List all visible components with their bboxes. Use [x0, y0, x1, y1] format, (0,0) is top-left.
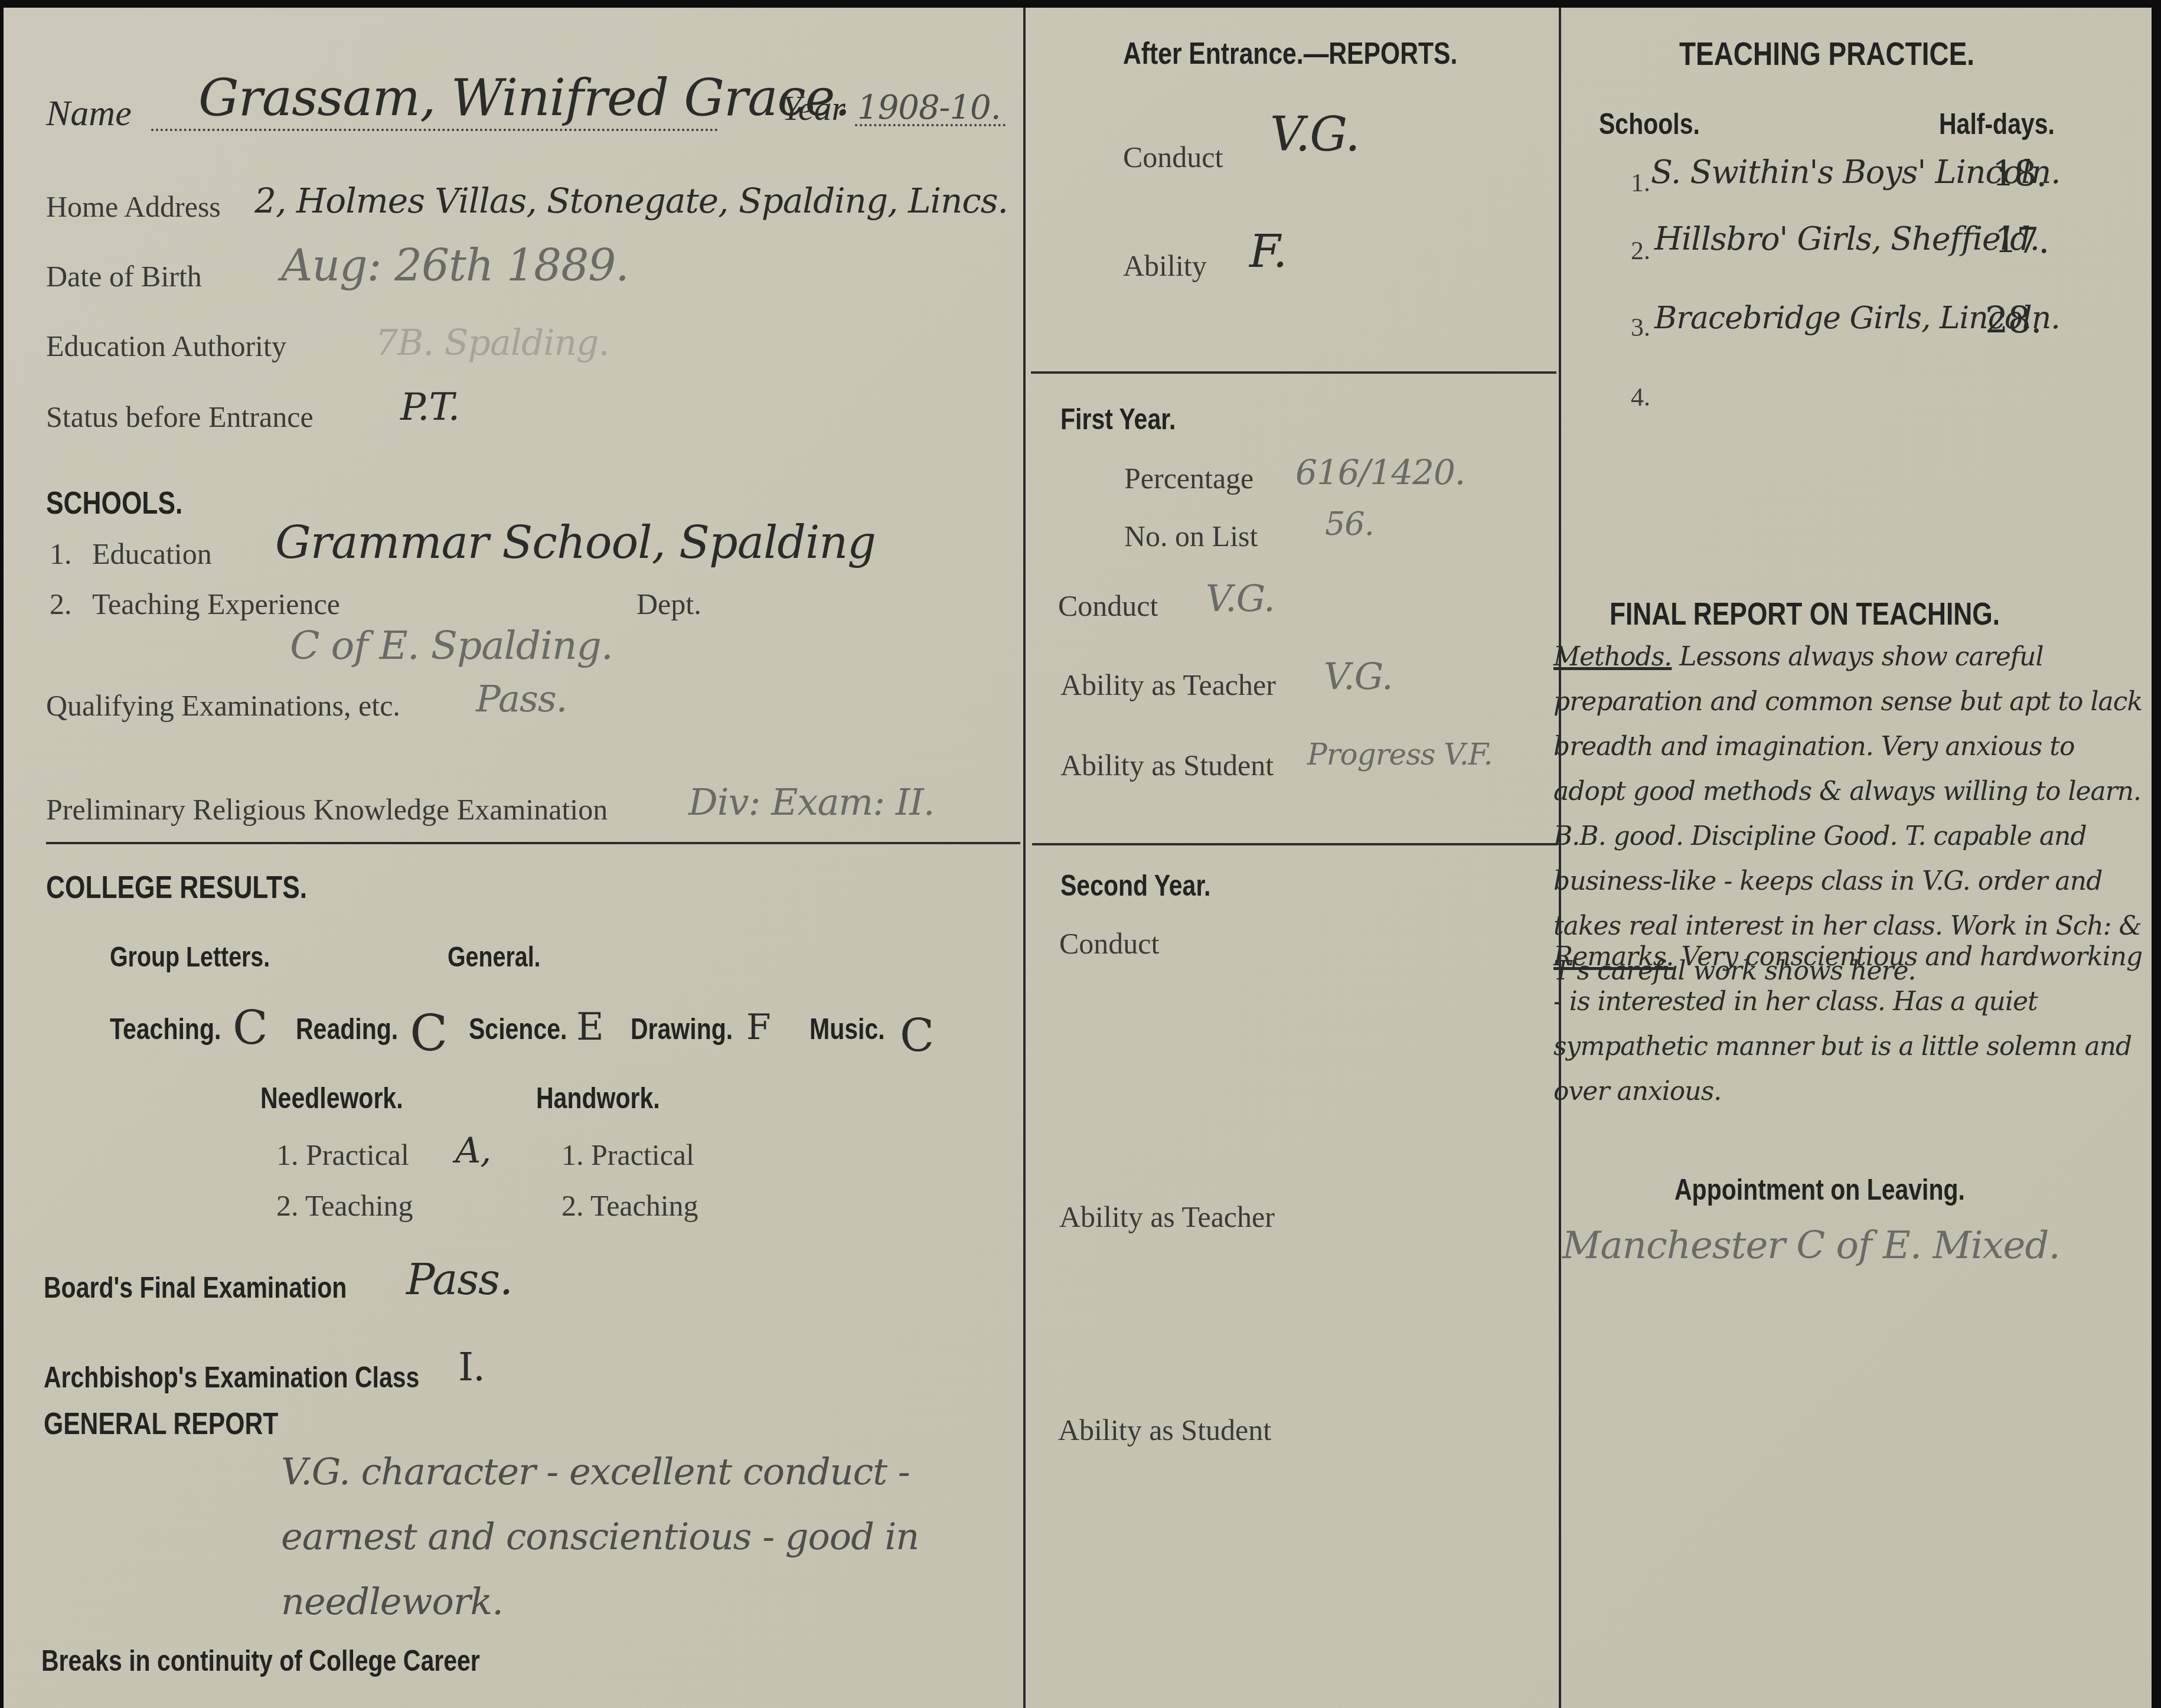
subject-label-reading: Reading. — [296, 1014, 398, 1044]
teaching-practice-heading: TEACHING PRACTICE. — [1679, 37, 1974, 70]
after-entrance-ability-label: Ability — [1123, 251, 1207, 280]
college-results-heading: COLLEGE RESULTS. — [46, 871, 307, 903]
tp-schools-header: Schools. — [1599, 109, 1700, 139]
subject-grade-science[interactable]: E — [576, 1008, 603, 1046]
second-year-ability-student-label: Ability as Student — [1058, 1415, 1271, 1445]
boards-final-label: Board's Final Examination — [44, 1273, 347, 1302]
subject-grade-music[interactable]: C — [900, 1013, 933, 1058]
student-record-card: Name Grassam, Winifred Grace. Year 1908-… — [4, 8, 2152, 1708]
general-report-value[interactable]: V.G. character - excellent conduct - ear… — [281, 1439, 990, 1634]
archbishop-exam-label: Archbishop's Examination Class — [44, 1363, 419, 1392]
tp-entry-halfdays[interactable]: 28. — [1985, 302, 2042, 338]
qualifying-value[interactable]: Pass. — [476, 681, 567, 717]
handwork-teaching-label: 2. Teaching — [562, 1191, 698, 1220]
remarks-label: Remarks. — [1553, 942, 1673, 972]
subject-label-teaching: Teaching. — [110, 1014, 221, 1044]
methods-label: Methods. — [1553, 642, 1672, 672]
education-authority-label: Education Authority — [46, 331, 286, 361]
year-value[interactable]: 1908-10. — [857, 92, 1001, 125]
education-num: 1. — [50, 539, 72, 569]
no-on-list-label: No. on List — [1124, 521, 1258, 551]
tp-entry-school[interactable]: Hillsbro' Girls, Sheffield. — [1654, 223, 2039, 255]
appointment-heading: Appointment on Leaving. — [1674, 1175, 1965, 1204]
dob-value[interactable]: Aug: 26th 1889. — [281, 244, 629, 288]
first-year-conduct-label: Conduct — [1058, 591, 1158, 621]
first-year-heading: First Year. — [1060, 404, 1176, 434]
first-year-ability-teacher-label: Ability as Teacher — [1060, 670, 1276, 700]
breaks-label: Breaks in continuity of College Career — [41, 1646, 480, 1676]
after-entrance-ability-value[interactable]: F. — [1249, 229, 1287, 274]
handwork-label: Handwork. — [536, 1083, 660, 1113]
second-year-heading: Second Year. — [1060, 871, 1211, 900]
subject-grade-drawing[interactable]: F — [746, 1010, 771, 1045]
tp-entry-num: 1. — [1631, 170, 1650, 196]
needlework-practical-label: 1. Practical — [276, 1140, 409, 1170]
tp-halfdays-header: Half-days. — [1939, 109, 2055, 139]
first-year-ability-teacher-value[interactable]: V.G. — [1324, 658, 1393, 695]
home-address-label: Home Address — [46, 192, 221, 221]
subject-label-music: Music. — [809, 1014, 885, 1044]
section-divider-mid-2 — [1032, 843, 1558, 845]
boards-final-value[interactable]: Pass. — [406, 1258, 512, 1301]
subject-grade-reading[interactable]: C — [410, 1008, 447, 1058]
teaching-exp-value[interactable]: C of E. Spalding. — [290, 626, 613, 665]
section-divider-left — [46, 842, 1020, 844]
name-label: Name — [46, 95, 132, 132]
qualifying-label: Qualifying Examinations, etc. — [46, 691, 400, 720]
education-value[interactable]: Grammar School, Spalding — [275, 520, 876, 565]
tp-entry-halfdays[interactable]: 17. — [1994, 223, 2049, 259]
handwork-practical-label: 1. Practical — [562, 1140, 694, 1170]
teaching-exp-num: 2. — [50, 589, 72, 619]
final-report-remarks[interactable]: Remarks. Very conscientious and hardwork… — [1553, 935, 2144, 1114]
teaching-exp-label: Teaching Experience — [92, 589, 340, 619]
after-entrance-conduct-label: Conduct — [1123, 142, 1223, 172]
needlework-label: Needlework. — [260, 1083, 403, 1113]
first-year-conduct-value[interactable]: V.G. — [1206, 580, 1275, 617]
tp-entry-num: 3. — [1631, 315, 1650, 341]
religious-exam-label: Preliminary Religious Knowledge Examinat… — [46, 795, 608, 824]
percentage-label: Percentage — [1124, 463, 1253, 493]
subject-label-drawing: Drawing. — [631, 1014, 733, 1044]
schools-heading: SCHOOLS. — [46, 487, 182, 519]
appointment-value[interactable]: Manchester C of E. Mixed. — [1562, 1227, 2060, 1265]
tp-entry-num: 4. — [1631, 384, 1650, 410]
needlework-teaching-label: 2. Teaching — [276, 1191, 413, 1220]
subject-grade-teaching[interactable]: C — [233, 1005, 267, 1051]
after-entrance-conduct-value[interactable]: V.G. — [1270, 111, 1360, 158]
first-year-ability-student-value[interactable]: Progress V.F. — [1307, 740, 1492, 769]
name-value[interactable]: Grassam, Winifred Grace. — [198, 73, 850, 123]
religious-exam-value[interactable]: Div: Exam: II. — [688, 784, 934, 821]
after-entrance-heading: After Entrance.—REPORTS. — [1123, 38, 1457, 69]
no-on-list-value[interactable]: 56. — [1325, 508, 1374, 540]
general-label: General. — [448, 943, 541, 972]
education-label: Education — [92, 539, 212, 569]
section-divider-mid-1 — [1031, 371, 1556, 374]
first-year-ability-student-label: Ability as Student — [1060, 750, 1274, 780]
final-report-heading: FINAL REPORT ON TEACHING. — [1610, 598, 2000, 630]
second-year-conduct-label: Conduct — [1059, 929, 1159, 958]
needlework-practical-value[interactable]: A, — [455, 1133, 491, 1168]
tp-entry-num: 2. — [1631, 238, 1650, 264]
general-report-label: GENERAL REPORT — [44, 1409, 278, 1439]
tp-entry-halfdays[interactable]: 18. — [1992, 156, 2046, 192]
status-value[interactable]: P.T. — [400, 388, 459, 426]
name-leader — [151, 129, 718, 131]
second-year-ability-teacher-label: Ability as Teacher — [1059, 1202, 1275, 1232]
dob-label: Date of Birth — [46, 262, 202, 291]
status-label: Status before Entrance — [46, 402, 314, 432]
column-divider-1 — [1023, 8, 1026, 1708]
education-authority-value[interactable]: 7B. Spalding. — [376, 325, 609, 361]
year-label: Year — [782, 90, 846, 126]
dept-label: Dept. — [636, 589, 701, 619]
percentage-value[interactable]: 616/1420. — [1295, 455, 1465, 489]
home-address-value[interactable]: 2, Holmes Villas, Stonegate, Spalding, L… — [254, 184, 1008, 218]
group-letters-label: Group Letters. — [110, 943, 270, 972]
archbishop-exam-value[interactable]: I. — [458, 1348, 485, 1387]
subject-label-science: Science. — [469, 1014, 567, 1044]
